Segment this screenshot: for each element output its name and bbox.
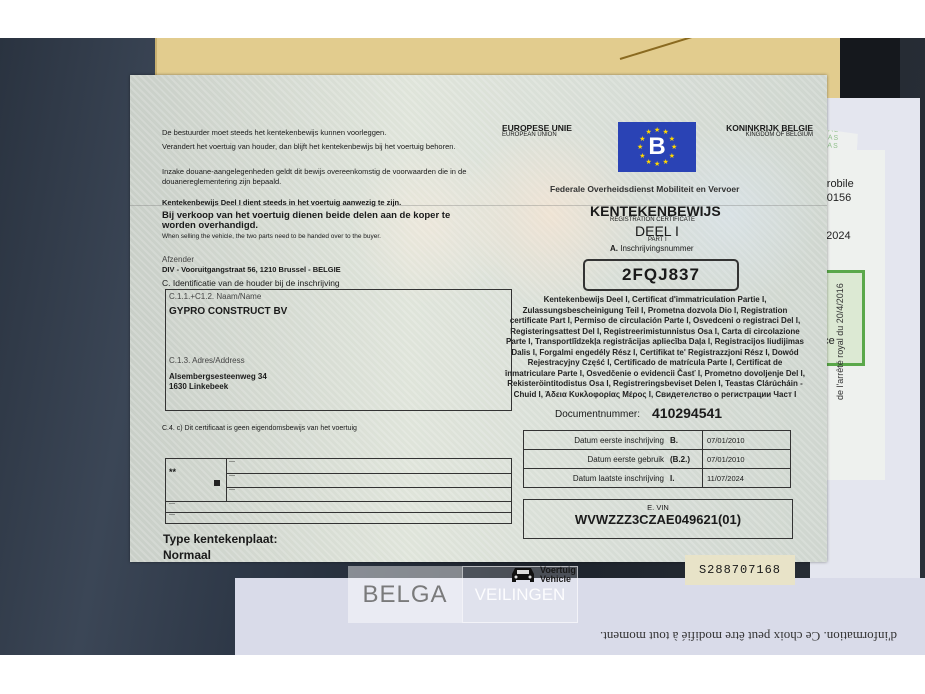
grid-square-icon (214, 480, 220, 486)
registration-certificate: De bestuurder moet steeds het kentekenbe… (130, 75, 827, 562)
date-row: Datum laatste inschrijvingI.11/07/2024 (524, 469, 791, 488)
date-label-text: Datum eerste gebruik (588, 455, 664, 464)
vin-value: WVWZZZ3CZAE049621(01) (524, 512, 792, 527)
date-label-text: Datum laatste inschrijving (573, 474, 664, 483)
gas-side-vertical: de l'arrêté royal du 20/4/2016 (835, 283, 845, 400)
sender-label: Afzender (162, 255, 194, 264)
kingdom-label-en: KINGDOM OF BELGIUM (746, 132, 813, 138)
date-value: 07/01/2010 (703, 450, 791, 469)
notice-1: De bestuurder moet steeds het kentekenbe… (162, 128, 482, 138)
date-row: Datum eerste gebruik(B.2.)07/01/2010 (524, 450, 791, 469)
holder-name: GYPRO CONSTRUCT BV (169, 306, 287, 317)
plate-type-value: Normaal (163, 548, 211, 562)
vin-box: E. VIN WVWZZZ3CZAE049621(01) (523, 499, 793, 539)
notice-4: Kentekenbewijs Deel I dient steeds in he… (162, 198, 482, 208)
document-number: 410294541 (652, 405, 722, 421)
vehicle-en: Vehicle (540, 575, 576, 584)
sender-value: DIV - Vooruitgangstraat 56, 1210 Brussel… (162, 265, 341, 274)
reg-number-label: A. Inschrijvingsnummer (610, 244, 694, 253)
holder-box: C.1.1.+C1.2. Naam/Name GYPRO CONSTRUCT B… (165, 289, 512, 411)
grid-row: --- (226, 459, 511, 474)
notice-6: When selling the vehicle, the two parts … (162, 233, 482, 240)
vehicle-text: Voertuig Vehicle (540, 566, 576, 584)
grid-stars: ** (169, 467, 176, 477)
doc-part-en: PART I (648, 237, 667, 243)
date-label-text: Datum eerste inschrijving (574, 436, 664, 445)
serial-number: S288707168 (685, 555, 795, 585)
country-letter: B (637, 127, 677, 167)
notice-5: Bij verkoop van het voertuig dienen beid… (162, 211, 472, 231)
registration-number: 2FQJ837 (583, 259, 739, 291)
languages-text: Kentekenbewijs Deel I, Certificat d'imma… (505, 295, 805, 400)
holder-section-title: C. Identificatie van de houder bij de in… (162, 278, 340, 288)
grid-row: --- (166, 512, 511, 523)
reg-number-code: A. (610, 244, 618, 253)
date-value: 11/07/2024 (703, 469, 791, 488)
eu-stars: ★★★★★★★★★★★★ B (637, 127, 677, 167)
car-icon (510, 566, 536, 584)
upside-down-text: d'information. Ce choix peut être modifi… (600, 628, 897, 644)
date-label: Datum laatste inschrijvingI. (524, 469, 703, 488)
date-code: I. (670, 474, 698, 483)
date-label: Datum eerste inschrijvingB. (524, 431, 703, 450)
grid-row: --- (226, 487, 511, 502)
date-code: B. (670, 436, 698, 445)
authority: Federale Overheidsdienst Mobiliteit en V… (550, 184, 739, 194)
document-number-label: Documentnummer: (555, 409, 640, 420)
date-code: (B.2.) (670, 455, 698, 464)
vehicle-label: Voertuig Vehicle (510, 566, 576, 584)
vin-label: E. VIN (524, 503, 792, 512)
eu-flag-icon: ★★★★★★★★★★★★ B (618, 122, 696, 172)
eu-label-en: EUROPEAN UNION (502, 132, 557, 138)
holder-address-line1: Alsembergsesteenweg 34 (169, 372, 267, 381)
grid-row: --- (226, 473, 511, 488)
notice-2: Verandert het voertuig van houder, dan b… (162, 142, 482, 152)
holder-address-label: C.1.3. Adres/Address (169, 356, 245, 365)
date-row: Datum eerste inschrijvingB.07/01/2010 (524, 431, 791, 450)
grid-stars-cell: ** (166, 459, 227, 502)
holder-address-line2: 1630 Linkebeek (169, 382, 228, 391)
holder-name-label: C.1.1.+C1.2. Naam/Name (169, 292, 261, 301)
reg-number-label-text: Inschrijvingsnummer (620, 244, 693, 253)
dates-table: Datum eerste inschrijvingB.07/01/2010Dat… (523, 430, 791, 488)
notice-3: Inzake douane-aangelegenheden geldt dit … (162, 167, 482, 187)
info-grid: ** --- --- --- --- --- (165, 458, 512, 524)
plate-type-label: Type kentekenplaat: (163, 532, 277, 546)
watermark-belga: BELGA (348, 566, 462, 623)
date-label: Datum eerste gebruik(B.2.) (524, 450, 703, 469)
date-value: 07/01/2010 (703, 431, 791, 450)
c4-note: C.4. c) Dit certificaat is geen eigendom… (162, 425, 357, 432)
